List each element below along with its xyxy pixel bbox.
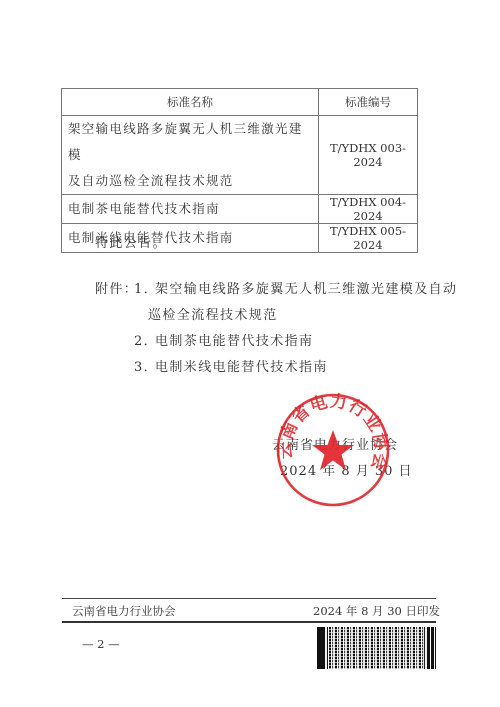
standard-name-line: 及自动巡检全流程技术规范 bbox=[68, 168, 312, 194]
footer-top-rule bbox=[62, 598, 436, 599]
barcode-icon bbox=[317, 627, 436, 669]
attachment-2-text: 电制茶电能替代技术指南 bbox=[155, 330, 313, 349]
attachment-1-line1: 架空输电线路多旋翼无人机三维激光建模及自动 bbox=[155, 278, 457, 297]
standard-name-line: 电制茶电能替代技术指南 bbox=[68, 201, 220, 216]
standard-name-cell: 架空输电线路多旋翼无人机三维激光建模 及自动巡检全流程技术规范 bbox=[62, 116, 319, 195]
table-row: 电制茶电能替代技术指南 T/YDHX 004-2024 bbox=[62, 195, 418, 224]
closing-text: 特此公告。 bbox=[95, 232, 167, 251]
standard-code-cell: T/YDHX 003-2024 bbox=[319, 116, 418, 195]
standard-name-line: 架空输电线路多旋翼无人机三维激光建模 bbox=[68, 116, 312, 168]
standard-name-cell: 电制茶电能替代技术指南 bbox=[62, 195, 319, 224]
standard-code-cell: T/YDHX 005-2024 bbox=[319, 224, 418, 253]
attachment-3-text: 电制米线电能替代技术指南 bbox=[155, 356, 328, 375]
table-row: 架空输电线路多旋翼无人机三维激光建模 及自动巡检全流程技术规范 T/YDHX 0… bbox=[62, 116, 418, 195]
attachment-1-line2: 巡检全流程技术规范 bbox=[148, 304, 278, 323]
official-seal: 云南省电力行业协会 bbox=[275, 392, 391, 508]
attachments-label: 附件： bbox=[95, 278, 138, 297]
header-standard-code: 标准编号 bbox=[319, 89, 418, 116]
footer-org: 云南省电力行业协会 bbox=[72, 603, 176, 619]
footer-bottom-rule bbox=[62, 621, 436, 623]
star-icon bbox=[312, 430, 354, 470]
standard-code-cell: T/YDHX 004-2024 bbox=[319, 195, 418, 224]
header-standard-name: 标准名称 bbox=[62, 89, 319, 116]
standards-table: 标准名称 标准编号 架空输电线路多旋翼无人机三维激光建模 及自动巡检全流程技术规… bbox=[61, 88, 418, 253]
footer-issued-date: 2024 年 8 月 30 日印发 bbox=[313, 603, 440, 619]
table-header-row: 标准名称 标准编号 bbox=[62, 89, 418, 116]
page-number: — 2 — bbox=[82, 637, 120, 651]
